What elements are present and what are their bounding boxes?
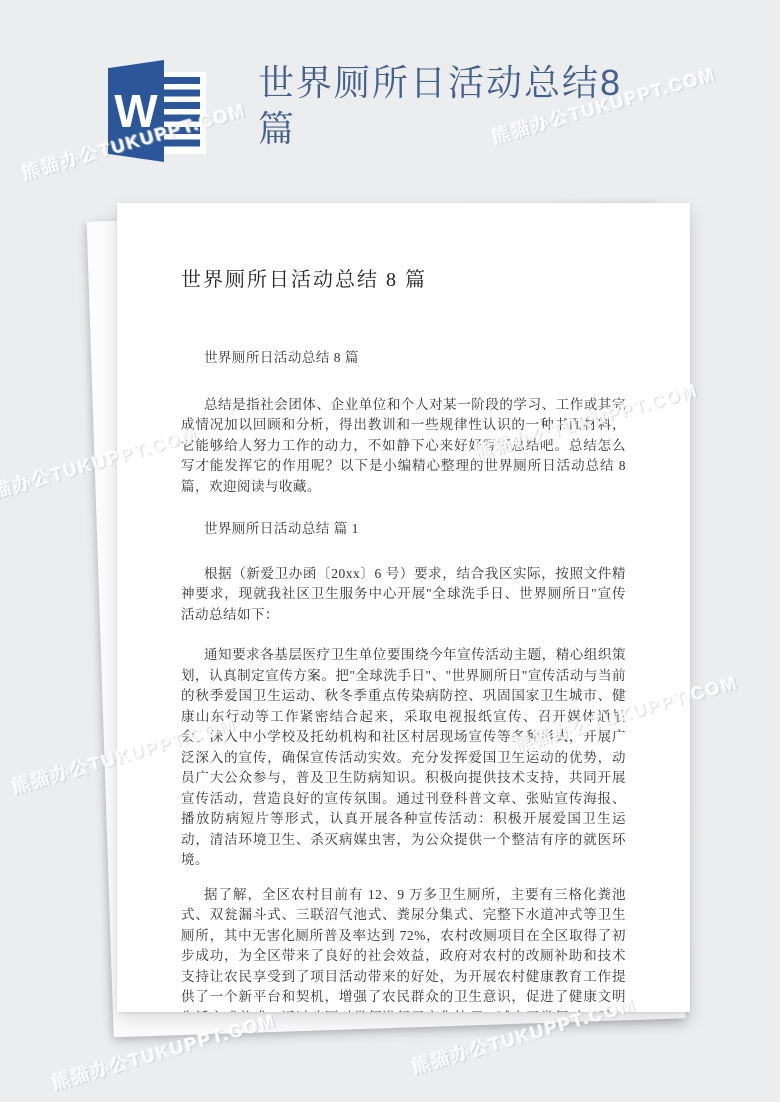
word-document-icon: W: [108, 60, 212, 162]
document-page: 世界厕所日活动总结 8 篇 世界厕所日活动总结 8 篇 总结是指社会团体、企业单…: [117, 203, 690, 1012]
page-title-line1: 世界厕所日活动总结8: [258, 60, 698, 106]
document-section1-heading: 世界厕所日活动总结 篇 1: [181, 519, 626, 540]
document-subheading: 世界厕所日活动总结 8 篇: [181, 348, 626, 369]
word-icon-flag-shape: W: [108, 60, 164, 162]
word-icon-text-lines: [164, 77, 200, 149]
document-preview-canvas: W 世界厕所日活动总结8 篇 世界厕所日活动总结 8 篇 世界厕所日活动总结 8…: [0, 0, 780, 1102]
word-icon-page-shape: [160, 72, 206, 154]
word-icon-letter: W: [114, 88, 157, 134]
document-title: 世界厕所日活动总结 8 篇: [181, 267, 626, 293]
page-title-line2: 篇: [258, 106, 698, 152]
document-section1-paragraph2: 通知要求各基层医疗卫生单位要围绕今年宣传活动主题，精心组织策划，认真制定宣传方案…: [181, 645, 626, 871]
document-intro-paragraph: 总结是指社会团体、企业单位和个人对某一阶段的学习、工作或其完成情况加以回顾和分析…: [181, 395, 626, 498]
document-section1-paragraph1: 根据（新爱卫办函〔20xx〕6 号）要求，结合我区实际，按照文件精神要求，现就我…: [181, 564, 626, 626]
document-section1-paragraph3: 据了解，全区农村目前有 12、9 万多卫生厕所，主要有三格化粪池式、双瓮漏斗式、…: [181, 885, 626, 1013]
page-title: 世界厕所日活动总结8 篇: [258, 60, 698, 152]
header: W 世界厕所日活动总结8 篇: [0, 0, 780, 200]
